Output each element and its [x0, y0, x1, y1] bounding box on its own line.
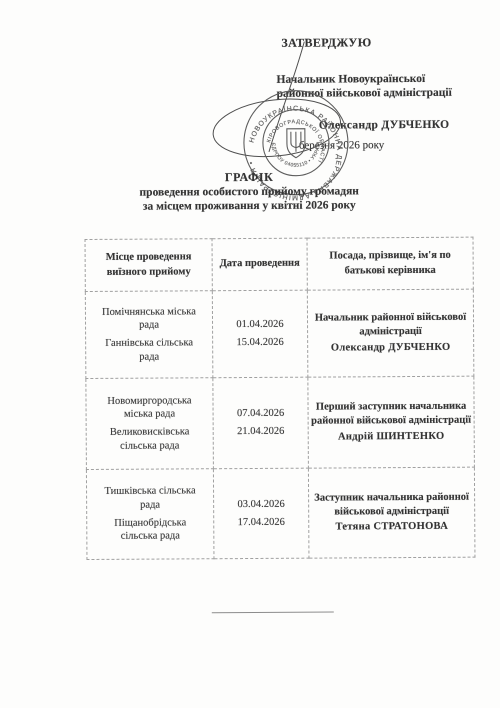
approval-date: березня 2026 року: [299, 138, 477, 151]
schedule-table: Місце проведення виїзного прийому Дата п…: [85, 237, 476, 560]
official-cell: Заступник начальника районної військової…: [308, 467, 475, 558]
official-name: Тетяна СТРАТОНОВА: [309, 520, 474, 535]
header-date: Дата проведення: [212, 238, 307, 291]
place-cell: Помічнянська міська рада: [86, 303, 212, 335]
place-cell: Ганнівська сільська рада: [86, 334, 212, 366]
scanned-document-page: ЗАТВЕРДЖУЮ Начальник Новоукраїнської рай…: [0, 0, 500, 708]
approver-position-line2: районної військової адміністрації: [277, 86, 477, 102]
official-position: Перший заступник начальника районної вій…: [309, 400, 474, 429]
official-name: Олександр ДУБЧЕНКО: [308, 340, 473, 355]
approve-label: ЗАТВЕРДЖУЮ: [281, 35, 476, 51]
date-cell: 03.04.2026: [214, 496, 308, 514]
table-header-row: Місце проведення виїзного прийому Дата п…: [85, 237, 473, 291]
table-row-group-2: Новомиргородська міська рада Великовискі…: [86, 376, 475, 469]
official-name: Андрій ШИНТЕНКО: [309, 429, 474, 444]
official-position: Заступник начальника районної військової…: [309, 490, 474, 519]
official-cell: Перший заступник начальника районної вій…: [308, 376, 475, 468]
date-cell: 21.04.2026: [214, 423, 308, 441]
document-title: ГРАФІК проведення особистого прийому гро…: [0, 168, 499, 214]
signature-line: [212, 611, 334, 613]
date-cell: 17.04.2026: [214, 513, 308, 531]
title-line3: за місцем проживання у квітні 2026 року: [0, 197, 499, 214]
place-cell: Новомиргородська міська рада: [86, 392, 212, 424]
table-row-group-1: Помічнянська міська рада Ганнівська сіль…: [85, 289, 474, 378]
place-cell: Тишківська сільська рада: [87, 482, 213, 514]
approver-name: Олександр ДУБЧЕНКО: [319, 118, 477, 131]
official-position: Начальник районної військової адміністра…: [308, 311, 473, 340]
date-cell: 07.04.2026: [214, 405, 308, 423]
date-cell: 01.04.2026: [213, 316, 307, 334]
place-cell: Великовисківська сільська рада: [87, 423, 213, 455]
date-cell: 15.04.2026: [213, 334, 307, 352]
official-cell: Начальник районної військової адміністра…: [307, 289, 474, 377]
header-official: Посада, прізвище, ім'я по батькові керів…: [307, 237, 473, 290]
place-cell: Піщанобрідська сільська рада: [87, 514, 213, 546]
document-content: ЗАТВЕРДЖУЮ Начальник Новоукраїнської рай…: [0, 0, 500, 708]
header-place: Місце проведення виїзного прийому: [85, 239, 212, 292]
approver-position-line1: Начальник Новоукраїнської: [276, 72, 476, 88]
approval-block: ЗАТВЕРДЖУЮ Начальник Новоукраїнської рай…: [276, 35, 477, 152]
approver-position: Начальник Новоукраїнської районної війсь…: [276, 72, 476, 102]
table-row-group-3: Тишківська сільська рада Піщанобрідська …: [86, 467, 475, 559]
